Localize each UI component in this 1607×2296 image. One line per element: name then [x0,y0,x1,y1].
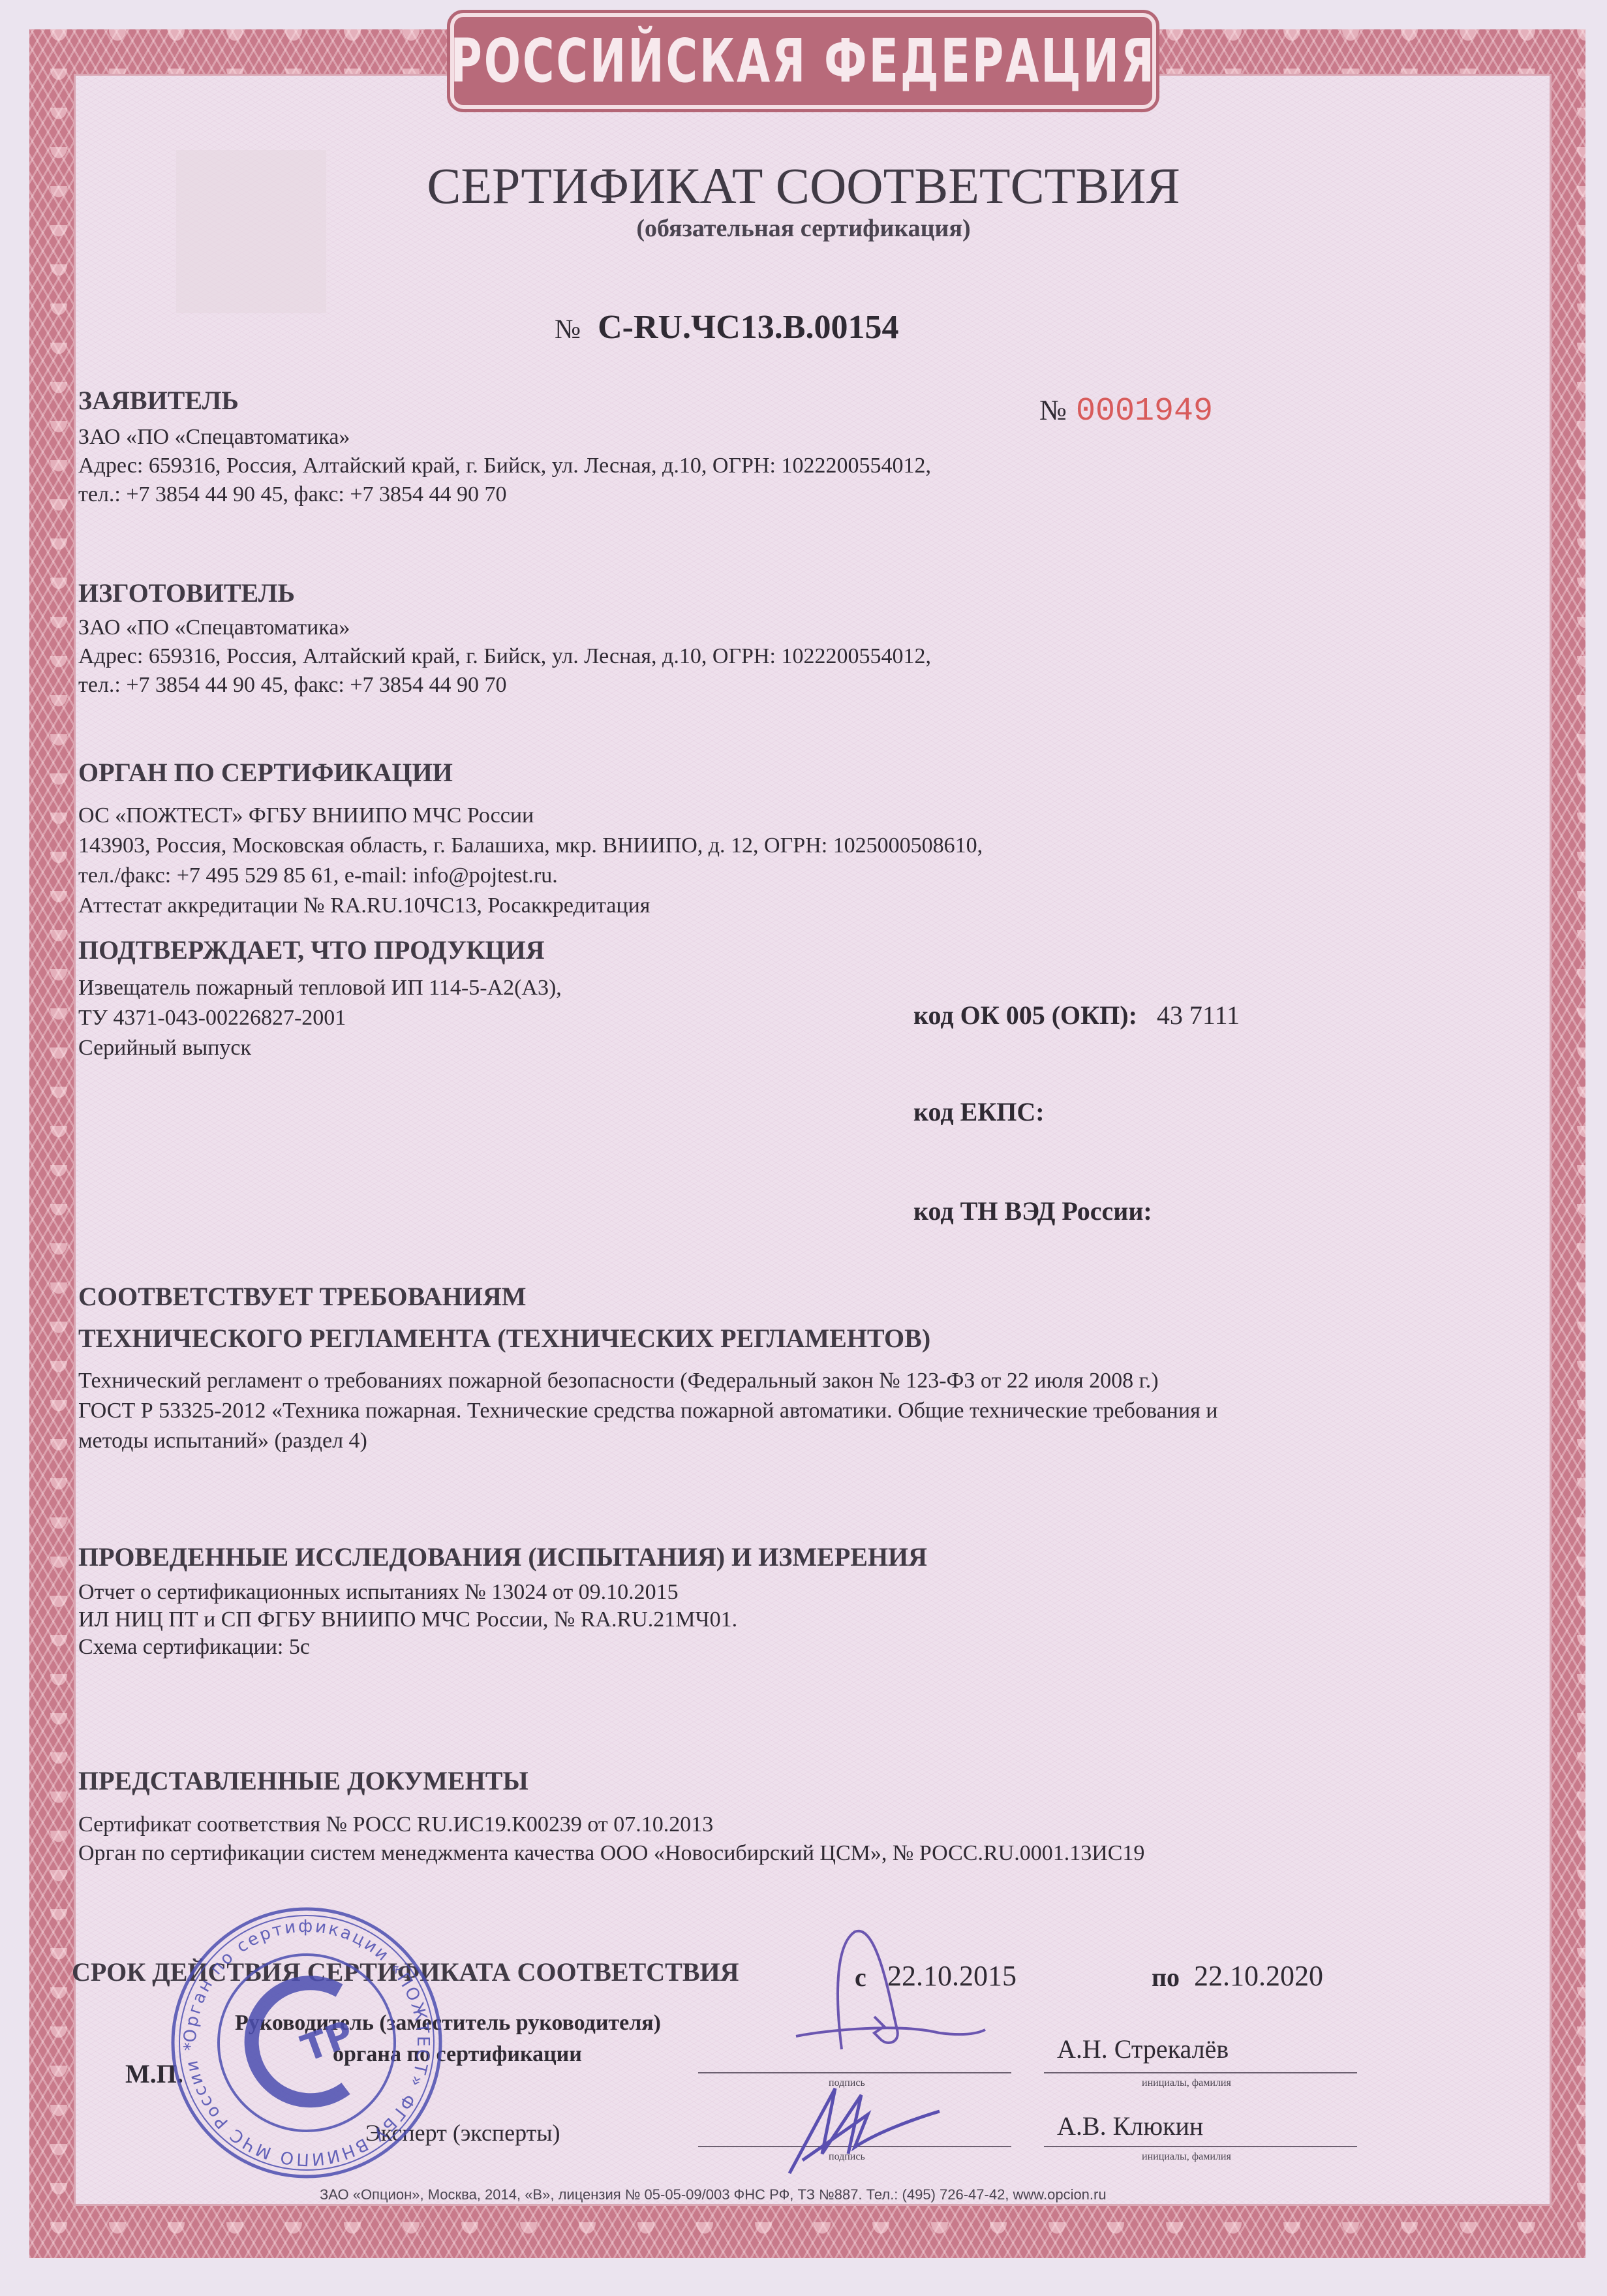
printer-footer: ЗАО «Опцион», Москва, 2014, «В», лицензи… [320,2186,1107,2203]
requirements-subheading: ТЕХНИЧЕСКОГО РЕГЛАМЕНТА (ТЕХНИЧЕСКИХ РЕГ… [78,1323,930,1354]
document-title: СЕРТИФИКАТ СООТВЕТСТВИЯ [0,157,1607,215]
product-heading: ПОДТВЕРЖДАЕТ, ЧТО ПРОДУКЦИЯ [78,935,545,965]
certificate-number: №C-RU.ЧС13.В.00154 [555,308,898,347]
applicant-line: ЗАО «ПО «Спецавтоматика» [78,423,350,452]
expert-signature-icon [776,2075,972,2180]
tests-line: Схема сертификации: 5с [78,1633,310,1662]
applicant-line: тел.: +7 3854 44 90 45, факс: +7 3854 44… [78,480,507,509]
tests-line: ИЛ НИЦ ПТ и СП ФГБУ ВНИИПО МЧС России, №… [78,1606,737,1634]
product-line: Извещатель пожарный тепловой ИП 114-5-А2… [78,974,562,1002]
validity-to-label: по [1152,1963,1180,1992]
tnved-code-label: код ТН ВЭД России: [913,1196,1152,1226]
number-sign: № [555,315,581,345]
tests-line: Отчет о сертификационных испытаниях № 13… [78,1578,679,1607]
okp-code-label: код ОК 005 (ОКП): [913,1001,1137,1030]
expert-name: А.В. Клюкин [1057,2112,1203,2141]
applicant-heading: ЗАЯВИТЕЛЬ [78,385,239,416]
okp-code: код ОК 005 (ОКП):43 7111 [913,1000,1240,1031]
certificate-number-value: C-RU.ЧС13.В.00154 [598,309,898,346]
svg-text:ТР: ТР [296,2013,360,2070]
manufacturer-line: Адрес: 659316, Россия, Алтайский край, г… [78,642,931,671]
manufacturer-line: тел.: +7 3854 44 90 45, факс: +7 3854 44… [78,671,507,700]
certification-body-heading: ОРГАН ПО СЕРТИФИКАЦИИ [78,757,453,788]
certificate-body [74,74,1552,2206]
expert-name-line [1044,2146,1357,2147]
applicant-line: Адрес: 659316, Россия, Алтайский край, г… [78,452,931,480]
requirements-line: ГОСТ Р 53325-2012 «Техника пожарная. Тех… [78,1397,1217,1425]
requirements-heading: СООТВЕТСТВУЕТ ТРЕБОВАНИЯМ [78,1281,527,1312]
blank-number-value: 0001949 [1076,393,1213,430]
seal-stamp-icon: ТР Орган по сертификации «ПОЖТЕСТ» ФГБУ … [163,1899,450,2186]
documents-line: Сертификат соответствия № РОСС RU.ИС19.К… [78,1810,713,1839]
ekps-code-label: код ЕКПС: [913,1097,1045,1126]
certification-body-line: 143903, Россия, Московская область, г. Б… [78,831,983,860]
name-caption: инициалы, фамилия [1142,2077,1231,2089]
tnved-code: код ТН ВЭД России: [913,1196,1172,1226]
certification-body-line: ОС «ПОЖТЕСТ» ФГБУ ВНИИПО МЧС России [78,801,534,830]
country-banner: РОССИЙСКАЯ ФЕДЕРАЦИЯ [450,13,1156,109]
ekps-code: код ЕКПС: [913,1096,1064,1127]
requirements-line: методы испытаний» (раздел 4) [78,1427,367,1455]
certification-body-line: тел./факс: +7 495 529 85 61, e-mail: inf… [78,861,558,890]
documents-line: Орган по сертификации систем менеджмента… [78,1839,1144,1868]
tests-heading: ПРОВЕДЕННЫЕ ИССЛЕДОВАНИЯ (ИСПЫТАНИЯ) И И… [78,1542,927,1572]
manufacturer-heading: ИЗГОТОВИТЕЛЬ [78,578,295,608]
documents-heading: ПРЕДСТАВЛЕННЫЕ ДОКУМЕНТЫ [78,1765,528,1796]
product-line: ТУ 4371-043-00226827-2001 [78,1004,346,1032]
okp-code-value: 43 7111 [1157,1001,1240,1030]
certification-body-line: Аттестат аккредитации № RA.RU.10ЧС13, Ро… [78,892,650,920]
requirements-line: Технический регламент о требованиях пожа… [78,1367,1159,1395]
head-signature-icon [770,1919,1031,2075]
name-caption: инициалы, фамилия [1142,2151,1231,2163]
head-name-line [1044,2072,1357,2073]
document-subtitle: (обязательная сертификация) [0,214,1607,243]
number-sign: № [1039,394,1067,426]
validity-to-date: 22.10.2020 [1194,1962,1323,1991]
head-name: А.Н. Стрекалёв [1057,2035,1229,2064]
manufacturer-line: ЗАО «ПО «Спецавтоматика» [78,613,350,642]
product-line: Серийный выпуск [78,1034,251,1063]
country-banner-text: РОССИЙСКАЯ ФЕДЕРАЦИЯ [450,26,1156,96]
blank-number: №0001949 [1039,393,1213,430]
